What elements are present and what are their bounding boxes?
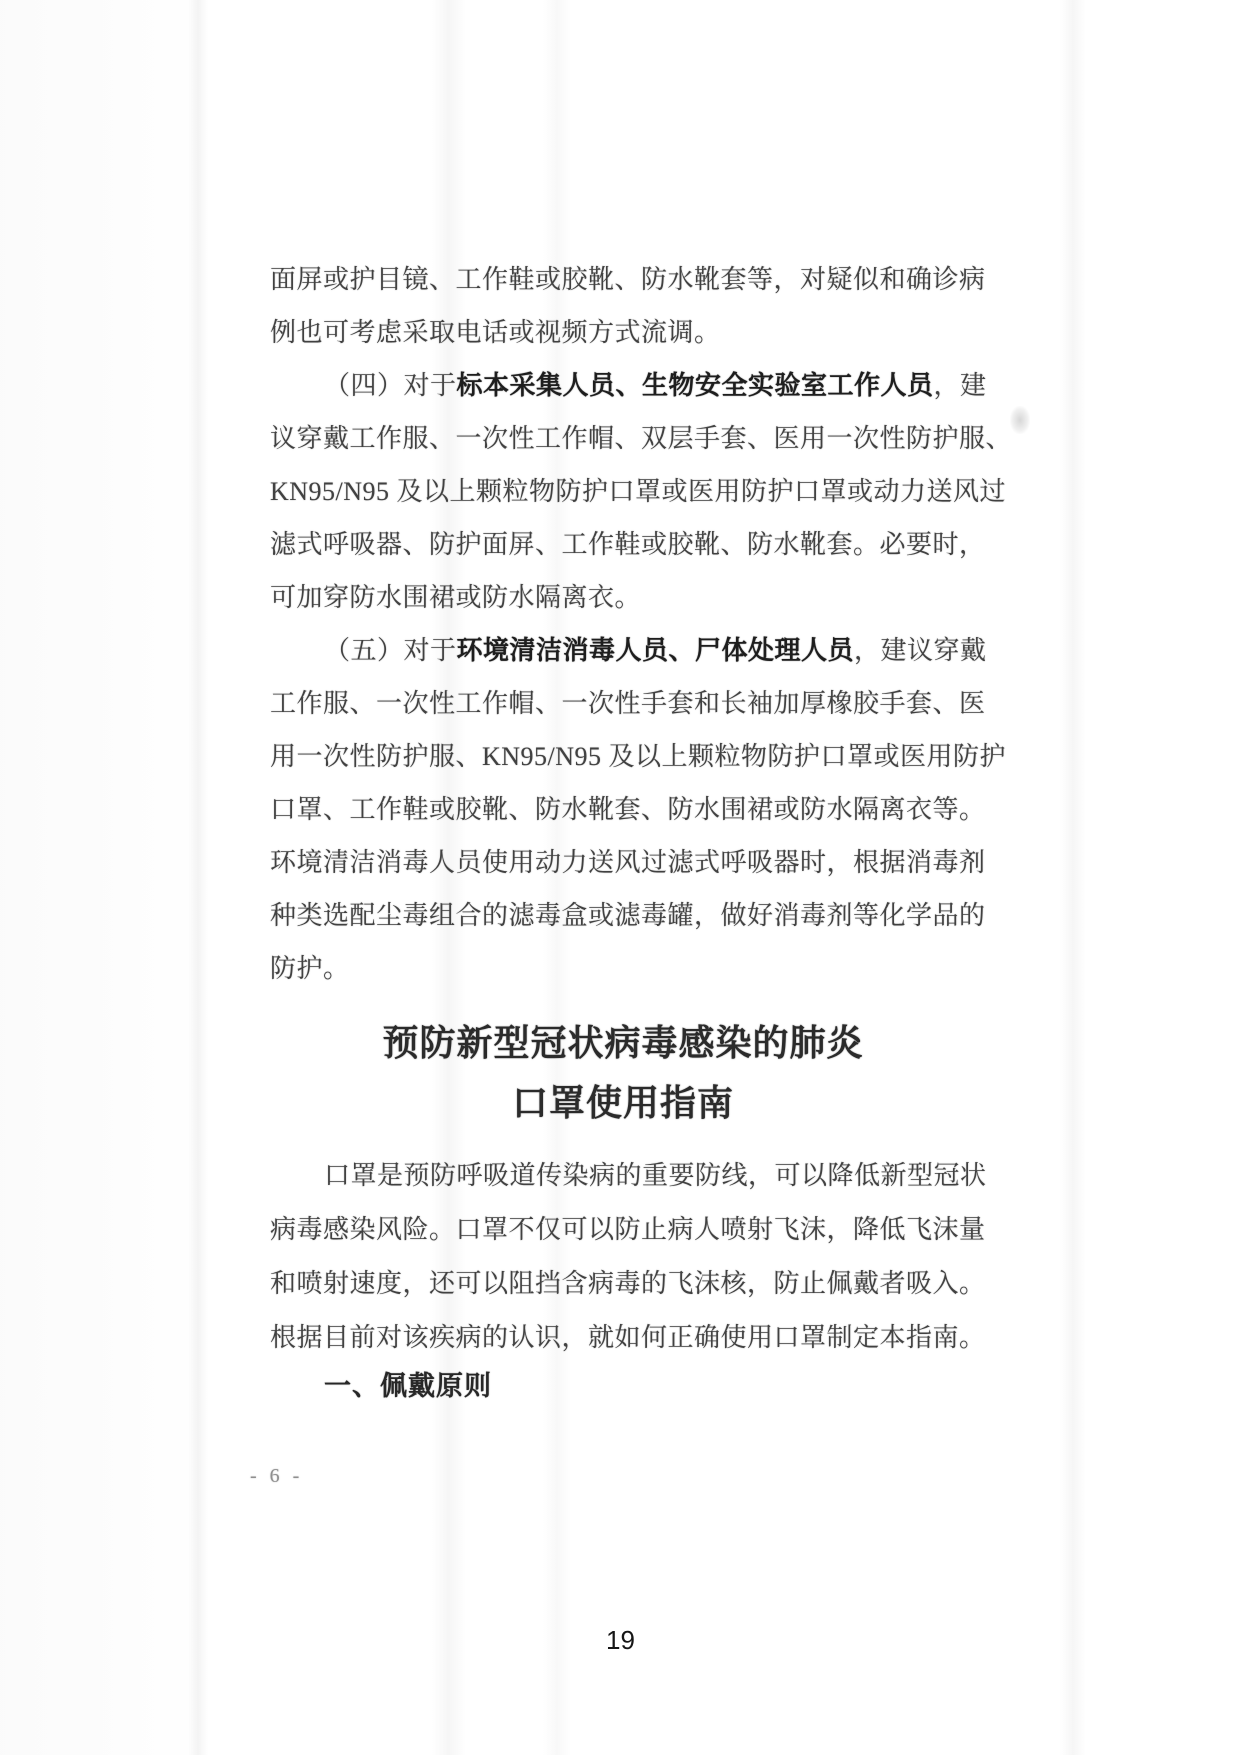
text-segment: 防护。 — [270, 954, 350, 983]
text-line: 防护。 — [270, 942, 1000, 995]
text-segment: 种类选配尘毒组合的滤毒盒或滤毒罐，做好消毒剂等化学品的 — [270, 901, 986, 930]
intro-text-block: 口罩是预防呼吸道传染病的重要防线，可以降低新型冠状病毒感染风险。口罩不仅可以防止… — [270, 1149, 1000, 1365]
text-line: 用一次性防护服、KN95/N95 及以上颗粒物防护口罩或医用防护 — [270, 730, 1000, 783]
document-title: 预防新型冠状病毒感染的肺炎 口罩使用指南 — [258, 1013, 988, 1133]
text-segment: 例也可考虑采取电话或视频方式流调。 — [270, 318, 721, 347]
text-line: （四）对于标本采集人员、生物安全实验室工作人员，建 — [270, 359, 1000, 412]
text-segment: 口罩是预防呼吸道传染病的重要防线，可以降低新型冠状 — [324, 1161, 987, 1190]
section-heading: 一、佩戴原则 — [324, 1359, 492, 1413]
text-segment: ，建 — [934, 371, 987, 400]
text-line: 种类选配尘毒组合的滤毒盒或滤毒罐，做好消毒剂等化学品的 — [270, 889, 1000, 942]
text-segment: KN95/N95 及以上颗粒物防护口罩或医用防护口罩或动力送风过 — [270, 477, 1006, 506]
text-line: 病毒感染风险。口罩不仅可以防止病人喷射飞沫，降低飞沫量 — [270, 1203, 1000, 1257]
body-text-block: 面屏或护目镜、工作鞋或胶靴、防水靴套等，对疑似和确诊病例也可考虑采取电话或视频方… — [270, 253, 1000, 995]
title-line-1: 预防新型冠状病毒感染的肺炎 — [258, 1013, 988, 1073]
text-segment: 和喷射速度，还可以阻挡含病毒的飞沫核，防止佩戴者吸入。 — [270, 1269, 986, 1298]
text-segment: 环境清洁消毒人员使用动力送风过滤式呼吸器时，根据消毒剂 — [270, 848, 986, 877]
text-line: 面屏或护目镜、工作鞋或胶靴、防水靴套等，对疑似和确诊病 — [270, 253, 1000, 306]
text-line: 例也可考虑采取电话或视频方式流调。 — [270, 306, 1000, 359]
title-line-2: 口罩使用指南 — [258, 1073, 988, 1133]
text-line: 口罩、工作鞋或胶靴、防水靴套、防水围裙或防水隔离衣等。 — [270, 783, 1000, 836]
pdf-page-number: 19 — [0, 1624, 1241, 1656]
text-line: 口罩是预防呼吸道传染病的重要防线，可以降低新型冠状 — [270, 1149, 1000, 1203]
text-segment: 议穿戴工作服、一次性工作帽、双层手套、医用一次性防护服、 — [270, 424, 1012, 453]
text-line: （五）对于环境清洁消毒人员、尸体处理人员，建议穿戴 — [270, 624, 1000, 677]
bold-text-segment: 标本采集人员、生物安全实验室工作人员 — [457, 371, 934, 400]
text-line: 滤式呼吸器、防护面屏、工作鞋或胶靴、防水靴套。必要时， — [270, 518, 1000, 571]
bold-text-segment: 环境清洁消毒人员、尸体处理人员 — [457, 636, 855, 665]
text-segment: 口罩、工作鞋或胶靴、防水靴套、防水围裙或防水隔离衣等。 — [270, 795, 986, 824]
scanned-document-page: 面屏或护目镜、工作鞋或胶靴、防水靴套等，对疑似和确诊病例也可考虑采取电话或视频方… — [0, 0, 1241, 1755]
text-segment: 病毒感染风险。口罩不仅可以防止病人喷射飞沫，降低飞沫量 — [270, 1215, 986, 1244]
text-segment: 面屏或护目镜、工作鞋或胶靴、防水靴套等，对疑似和确诊病 — [270, 265, 986, 294]
text-line: KN95/N95 及以上颗粒物防护口罩或医用防护口罩或动力送风过 — [270, 465, 1000, 518]
text-line: 环境清洁消毒人员使用动力送风过滤式呼吸器时，根据消毒剂 — [270, 836, 1000, 889]
text-line: 和喷射速度，还可以阻挡含病毒的飞沫核，防止佩戴者吸入。 — [270, 1257, 1000, 1311]
text-segment: 滤式呼吸器、防护面屏、工作鞋或胶靴、防水靴套。必要时， — [270, 530, 986, 559]
text-segment: （五）对于 — [324, 636, 457, 665]
text-segment: （四）对于 — [324, 371, 457, 400]
text-segment: ，建议穿戴 — [854, 636, 987, 665]
text-line: 根据目前对该疾病的认识，就如何正确使用口罩制定本指南。 — [270, 1311, 1000, 1365]
scan-page-number: - 6 - — [250, 1462, 303, 1490]
scan-smudge-artifact — [1010, 406, 1030, 434]
text-segment: 用一次性防护服、KN95/N95 及以上颗粒物防护口罩或医用防护 — [270, 742, 1006, 771]
text-segment: 根据目前对该疾病的认识，就如何正确使用口罩制定本指南。 — [270, 1323, 986, 1352]
text-segment: 可加穿防水围裙或防水隔离衣。 — [270, 583, 641, 612]
text-line: 工作服、一次性工作帽、一次性手套和长袖加厚橡胶手套、医 — [270, 677, 1000, 730]
text-line: 可加穿防水围裙或防水隔离衣。 — [270, 571, 1000, 624]
text-segment: 工作服、一次性工作帽、一次性手套和长袖加厚橡胶手套、医 — [270, 689, 986, 718]
text-line: 议穿戴工作服、一次性工作帽、双层手套、医用一次性防护服、 — [270, 412, 1000, 465]
